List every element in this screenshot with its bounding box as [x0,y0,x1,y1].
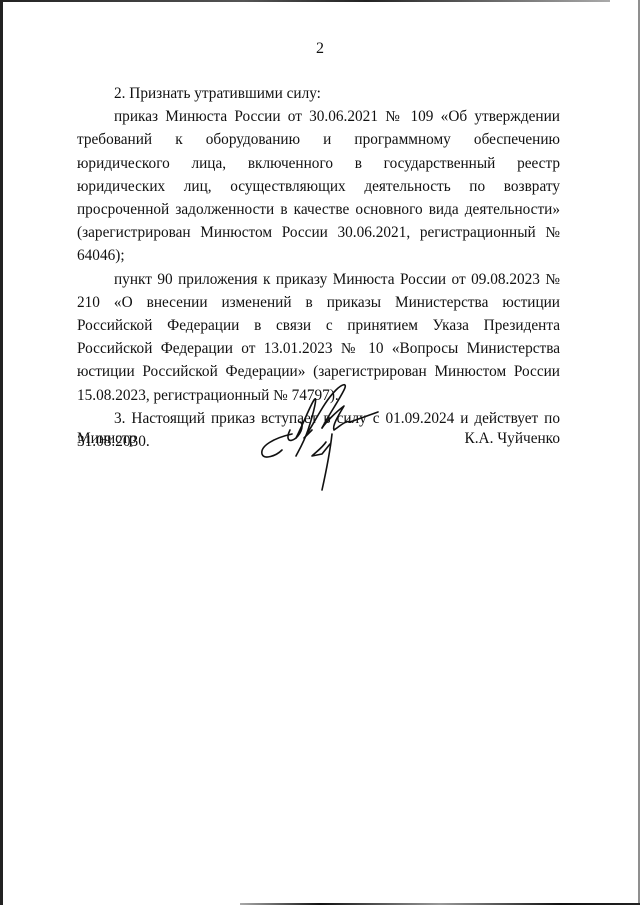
scan-edge-left [0,0,3,905]
signer-title: Министр [77,430,136,448]
handwritten-signature-icon [252,372,392,492]
paragraph-item-2-heading: 2. Признать утратившими силу: [77,82,560,105]
page-number: 2 [0,40,640,58]
paragraph-order-109: приказ Минюста России от 30.06.2021 № 10… [77,105,560,267]
scan-edge-top [0,0,610,2]
signer-name: К.А. Чуйченко [465,430,560,448]
